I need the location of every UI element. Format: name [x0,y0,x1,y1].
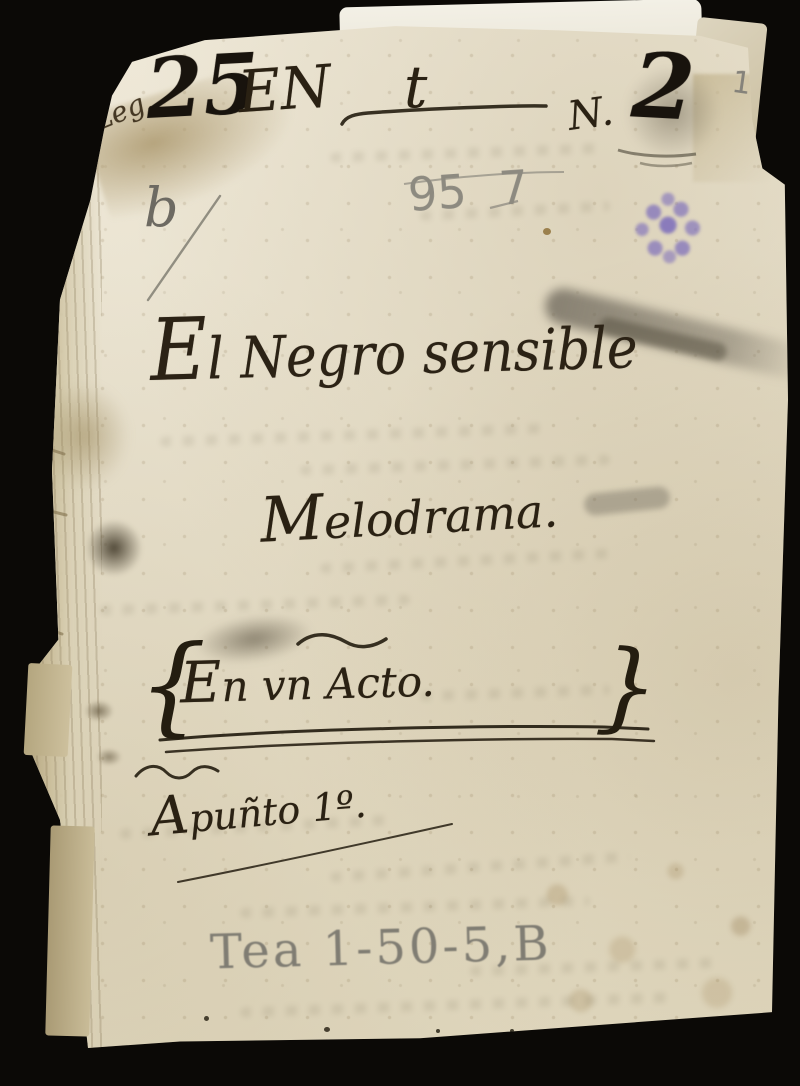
spine-tab [24,663,73,757]
spine-tab [45,825,94,1036]
edge-vignette [0,0,800,1086]
scanned-manuscript-scene: Leg. 25 EN t N. 2 1 b 95 7 El Negro sens… [0,0,800,1086]
manuscript-page: Leg. 25 EN t N. 2 1 b 95 7 El Negro sens… [0,0,800,1086]
